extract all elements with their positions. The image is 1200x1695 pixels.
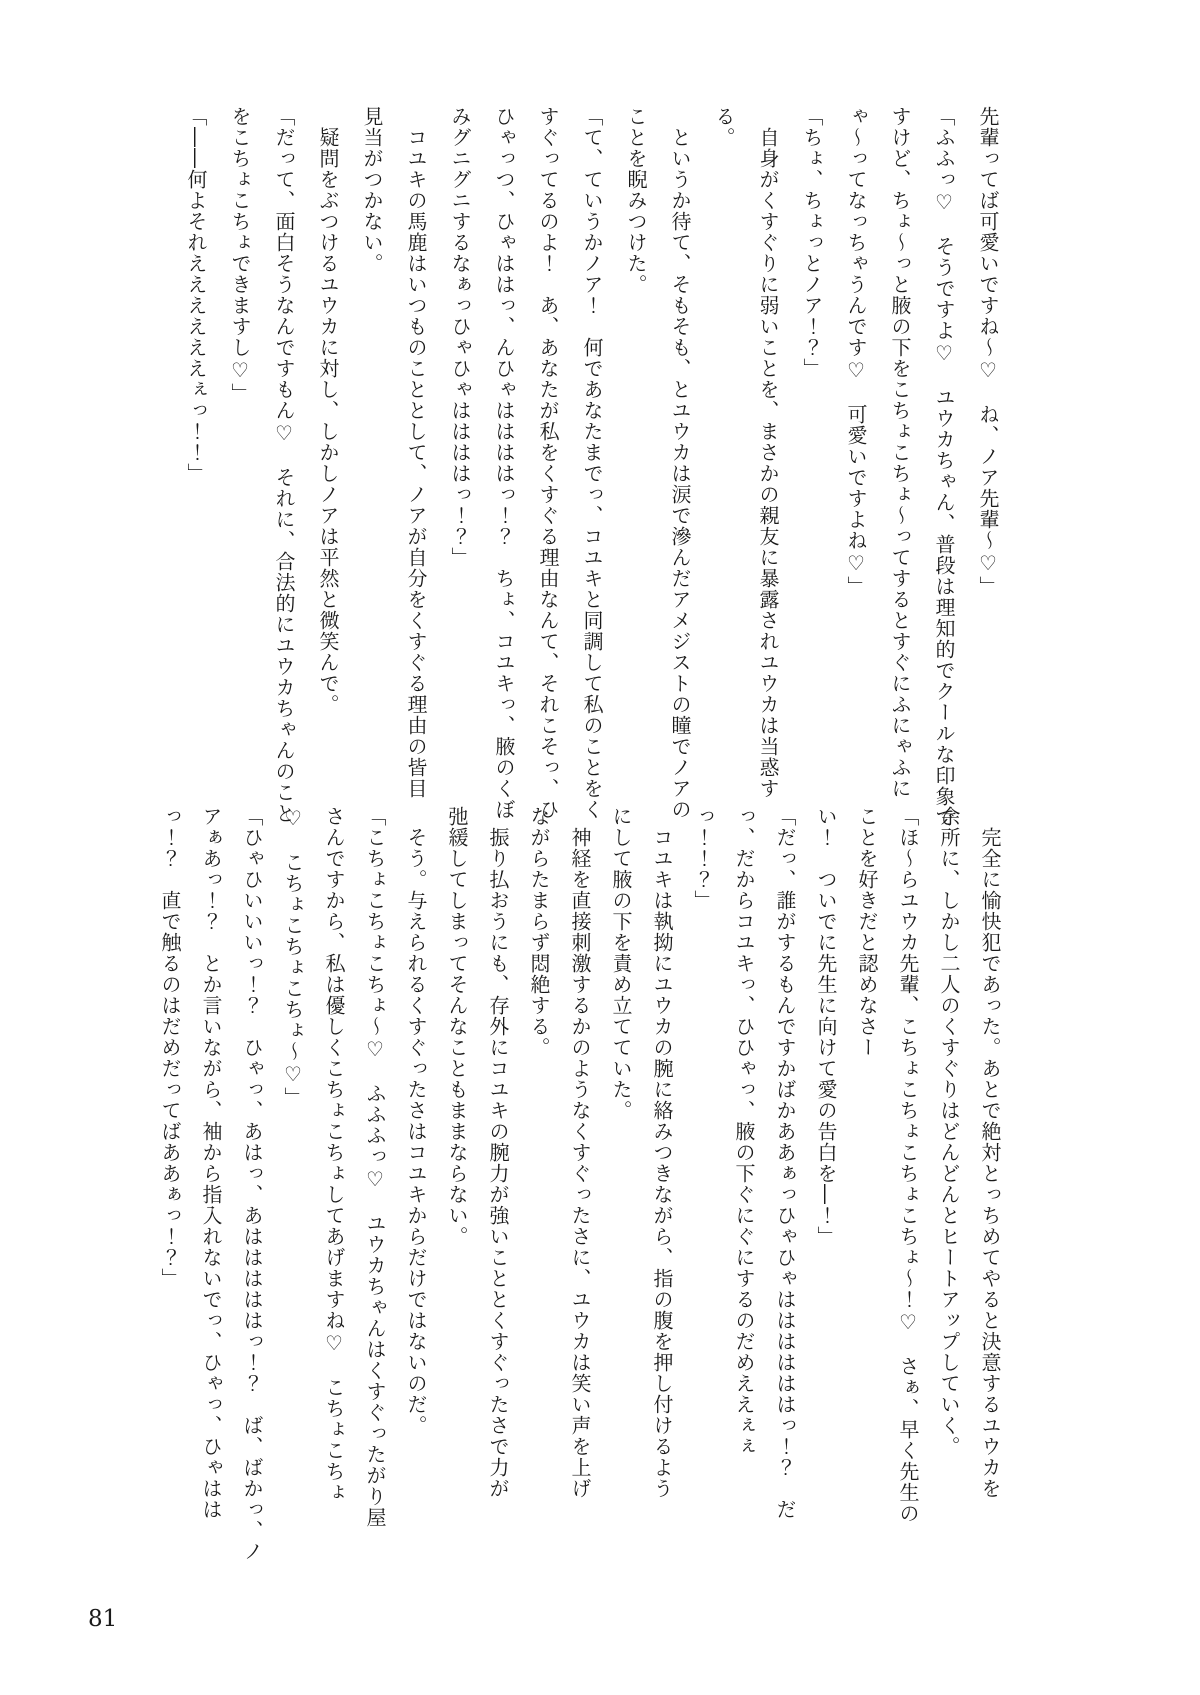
text-column: ゃ～ってなっちゃうんです♡ 可愛いですよね♡」	[834, 106, 878, 806]
text-column: ことを睨みつけた。	[614, 106, 658, 806]
text-column: 「ほ～らユウカ先輩、こちょこちょこちょこちょ～！♡ さぁ、早く先生の	[887, 806, 928, 1568]
text-column: 弛緩してしまってそんなこともままならない。	[436, 806, 477, 1568]
text-column: 「だっ、誰がするもんですかばかああぁっひゃひゃははははははっ！？ だ	[764, 806, 805, 1568]
text-column: 神経を直接刺激するかのようなくすぐったさに、ユウカは笑い声を上げ	[559, 806, 600, 1568]
text-column: そう。与えられるくすぐったさはコユキからだけではないのだ。	[395, 806, 436, 1568]
text-column: 自身がくすぐりに弱いことを、まさかの親友に暴露されユウカは当惑す	[746, 106, 790, 806]
text-column: アぁあっ！？ とか言いながら、袖から指入れないでっ、ひゃっ、ひゃはは	[190, 806, 231, 1568]
text-column: 疑問をぶつけるユウカに対し、しかしノアは平然と微笑んで。	[306, 106, 350, 806]
page-number: 81	[88, 1606, 117, 1632]
text-column: ことを好きだと認めなさー	[846, 806, 887, 1568]
text-column: をこちょこちょできますし♡」	[218, 106, 262, 806]
text-column: っ！？ 直で触るのはだめだってばああぁっ！？」	[149, 806, 190, 1568]
text-column: ♡ こちょこちょこちょ～♡」	[272, 806, 313, 1568]
text-column: 「だって、面白そうなんですもん♡ それに、合法的にユウカちゃんのこと	[262, 106, 306, 806]
text-column: というか待て、そもそも、とユウカは涙で滲んだアメジストの瞳でノアの	[658, 106, 702, 806]
text-column: すぐってるのよ！ あ、あなたが私をくすぐる理由なんて、それこそっ、ひ	[526, 106, 570, 806]
text-column: 「こちょこちょこちょ～♡ ふふふっ♡ ユウカちゃんはくすぐったがり屋	[354, 806, 395, 1568]
text-column: い！ ついでに先生に向けて愛の告白を―！」	[805, 806, 846, 1568]
text-column: 先輩ってば可愛いですね～♡ ね、ノア先輩～♡」	[966, 106, 1010, 806]
text-column: 「ひゃひいいいっ！？ ひゃっ、あはっ、あはははははっ！？ ば、ばかっ、ノ	[231, 806, 272, 1568]
text-column: 「ふふっ♡ そうですよ♡ ユウカちゃん、普段は理知的でクールな印象で	[922, 106, 966, 806]
text-column: にして腋の下を責め立てていた。	[600, 806, 641, 1568]
text-column: る。	[702, 106, 746, 806]
text-column: みグニグニするなぁっひゃひゃははははっ！？」	[438, 106, 482, 806]
text-column: 見当がつかない。	[350, 106, 394, 806]
text-column: 振り払おうにも、存外にコユキの腕力が強いこととくすぐったさで力が	[477, 806, 518, 1568]
text-column: コユキは執拗にユウカの腕に絡みつきながら、指の腹を押し付けるよう	[641, 806, 682, 1568]
text-column: 「ちょ、ちょっとノア！？」	[790, 106, 834, 806]
text-column: コユキの馬鹿はいつものこととして、ノアが自分をくすぐる理由の皆目	[394, 106, 438, 806]
text-column: っ！！？」	[682, 806, 723, 1568]
novel-page: 先輩ってば可愛いですね～♡ ね、ノア先輩～♡」「ふふっ♡ そうですよ♡ ユウカち…	[0, 0, 1200, 1695]
top-text-block: 先輩ってば可愛いですね～♡ ね、ノア先輩～♡」「ふふっ♡ そうですよ♡ ユウカち…	[174, 106, 1010, 806]
text-column: ながらたまらず悶絶する。	[518, 806, 559, 1568]
bottom-text-block: 完全に愉快犯であった。あとで絶対とっちめてやると決意するユウカを余所に、しかし二…	[149, 806, 1010, 1568]
text-column: ひゃっつ、ひゃははっ、んひゃははははっ！？ ちょ、コユキっ、腋のくぼ	[482, 106, 526, 806]
text-column: 「――何よそれええええええぇっ！！」	[174, 106, 218, 806]
text-column: 余所に、しかし二人のくすぐりはどんどんとヒートアップしていく。	[928, 806, 969, 1568]
text-column: すけど、ちょ～っと腋の下をこちょこちょ～ってするとすぐにふにゃふに	[878, 106, 922, 806]
text-column: 「て、ていうかノア！ 何であなたまでっ、コユキと同調して私のことをく	[570, 106, 614, 806]
text-column: さんですから、私は優しくこちょこちょしてあげますね♡ こちょこちょ	[313, 806, 354, 1568]
text-column: っ、だからコユキっ、ひひゃっ、腋の下ぐにぐにするのだめええぇぇ	[723, 806, 764, 1568]
text-column: 完全に愉快犯であった。あとで絶対とっちめてやると決意するユウカを	[969, 806, 1010, 1568]
